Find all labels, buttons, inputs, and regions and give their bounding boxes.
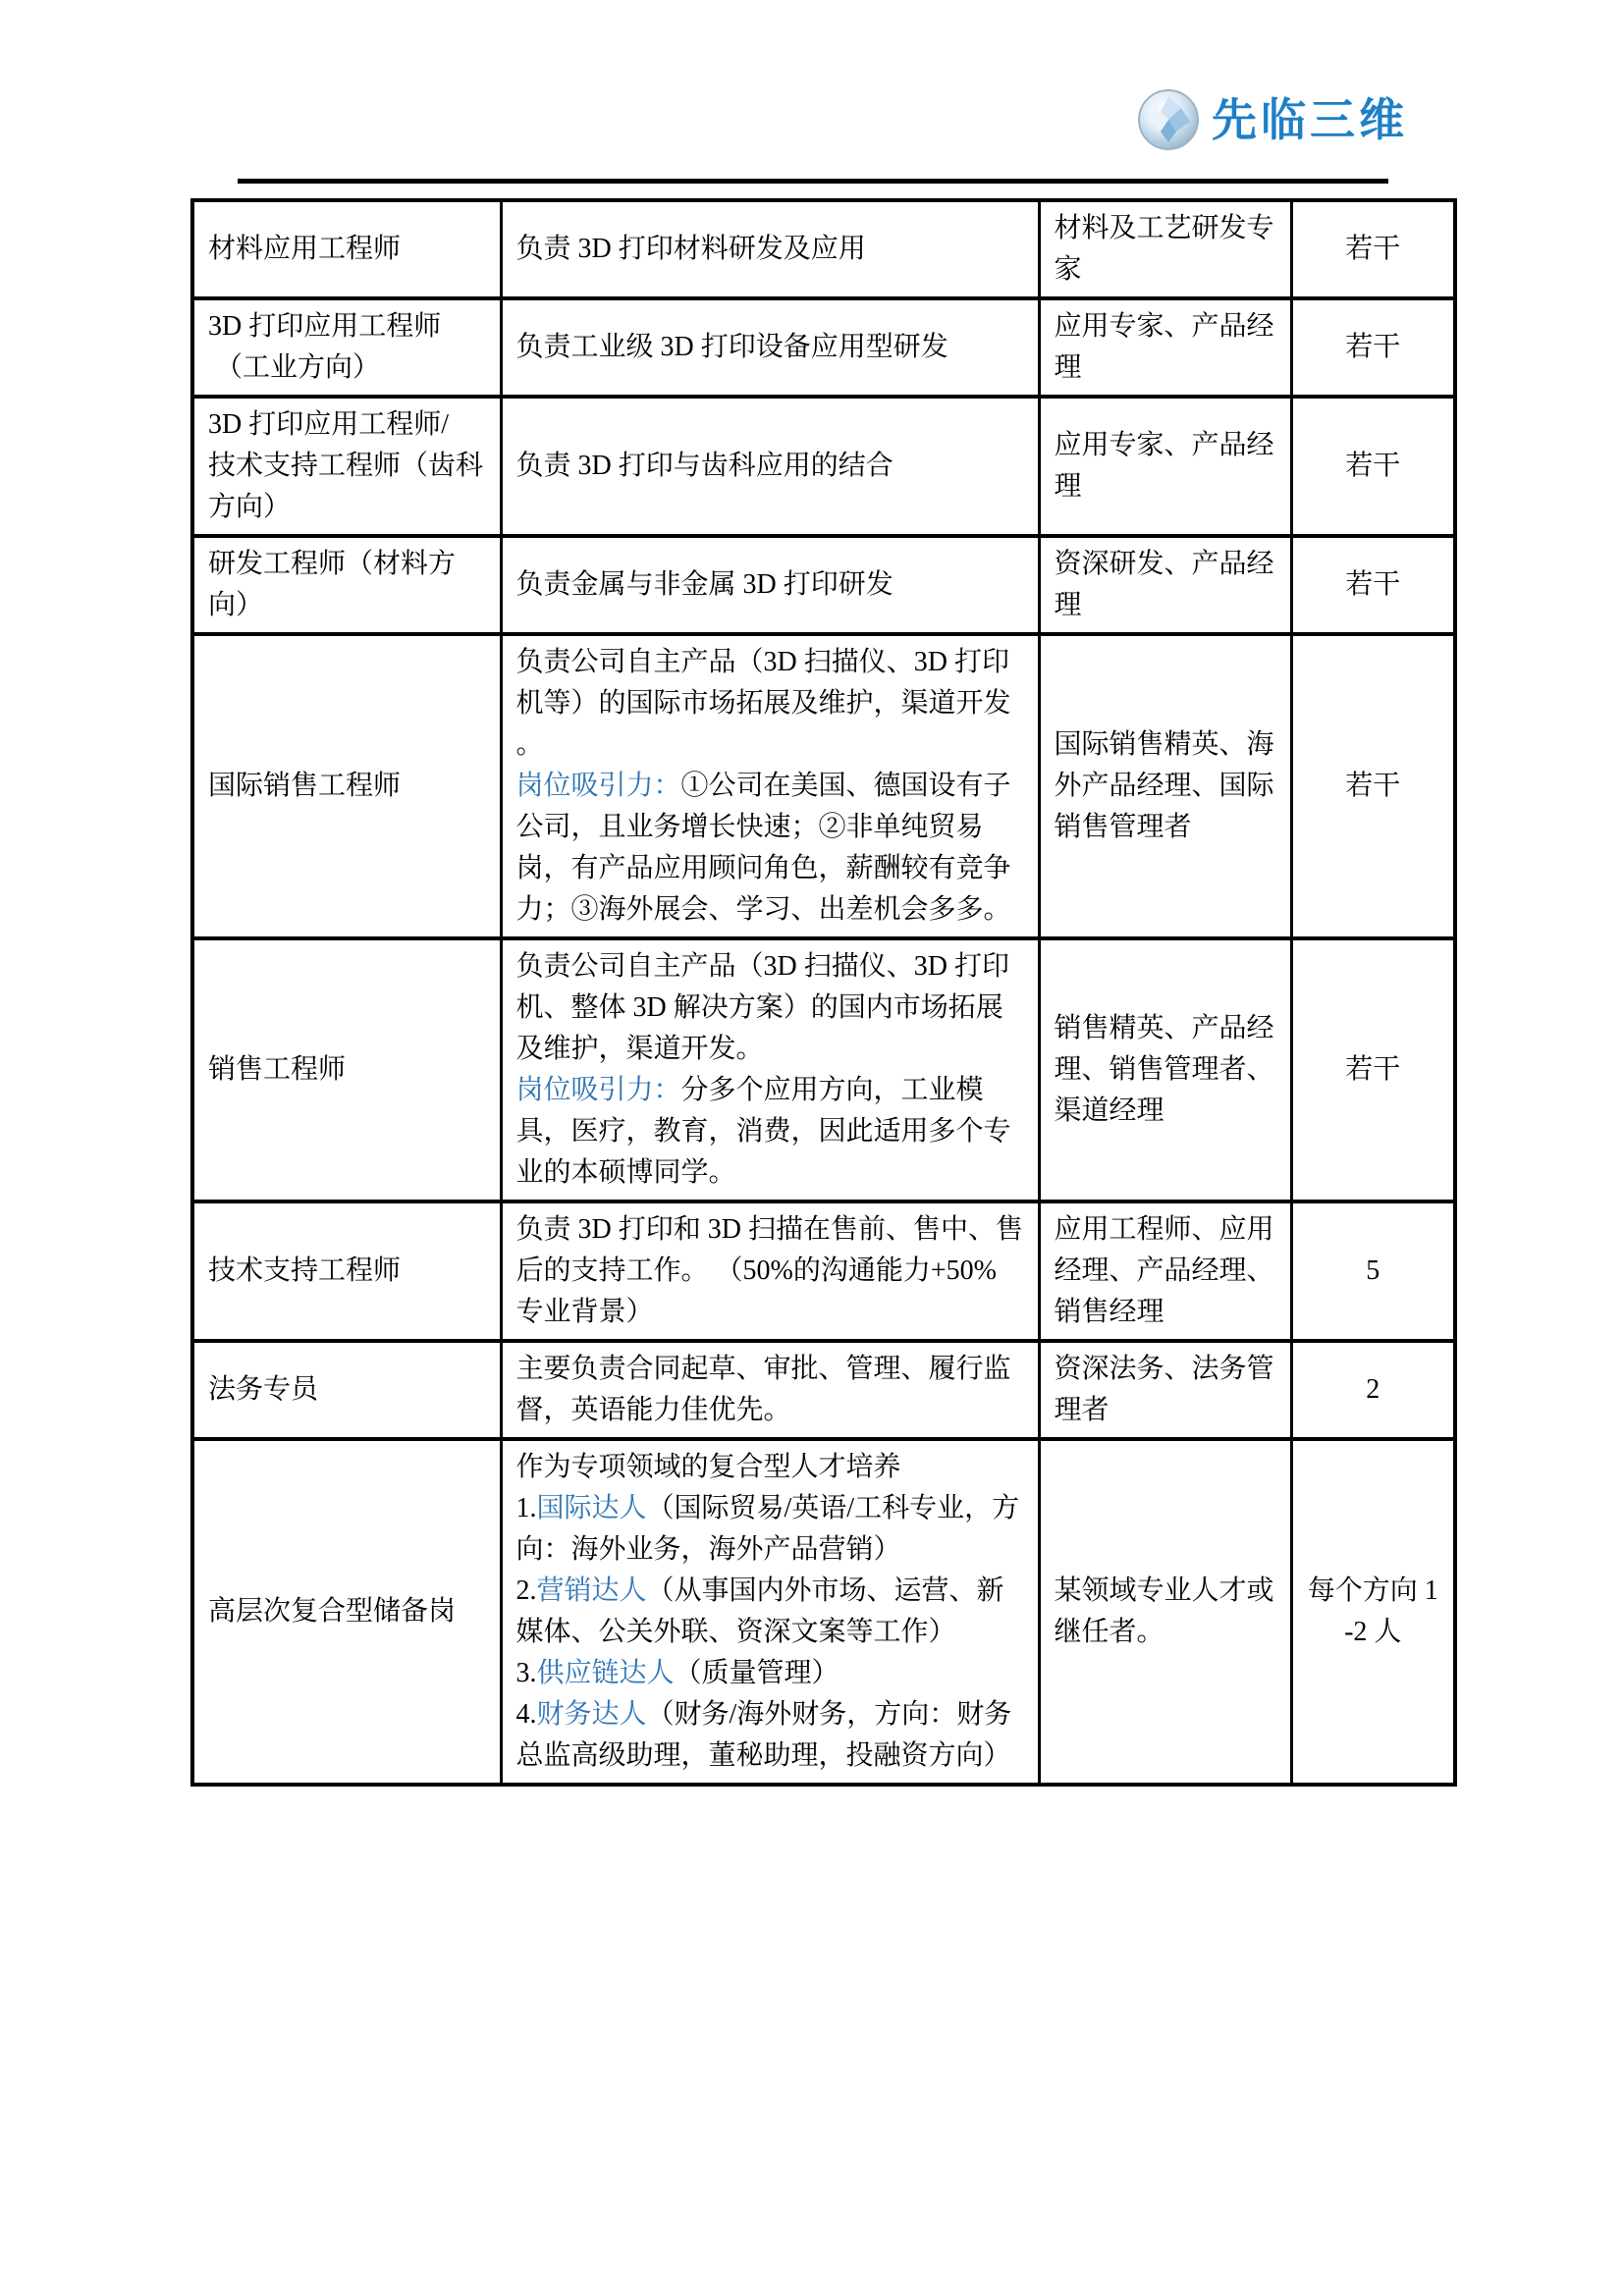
- description-paragraph: 岗位吸引力：分多个应用方向，工业模具，医疗，教育，消费，因此适用多个专业的本硕博…: [516, 1070, 1024, 1194]
- highlighted-text: 国际达人: [537, 1493, 647, 1523]
- description-text: 2.: [516, 1575, 537, 1606]
- description-paragraph: 负责 3D 打印材料研发及应用: [516, 229, 1024, 270]
- job-title-cell: 销售工程师: [192, 938, 501, 1201]
- description-paragraph: 负责 3D 打印和 3D 扫描在售前、售中、售后的支持工作。 （50%的沟通能力…: [516, 1209, 1024, 1333]
- jobs-table-body: 材料应用工程师 负责 3D 打印材料研发及应用 材料及工艺研发专家 若干 3D …: [192, 200, 1455, 1785]
- job-title-cell: 技术支持工程师: [192, 1201, 501, 1341]
- target-candidates-cell: 应用专家、产品经理: [1039, 298, 1291, 397]
- target-candidates-cell: 国际销售精英、海外产品经理、国际销售管理者: [1039, 634, 1291, 938]
- job-title-cell: 3D 打印应用工程师 （工业方向）: [192, 298, 501, 397]
- job-table-row: 技术支持工程师 负责 3D 打印和 3D 扫描在售前、售中、售后的支持工作。 （…: [192, 1201, 1455, 1341]
- job-title-cell: 法务专员: [192, 1341, 501, 1439]
- headcount-cell: 若干: [1291, 536, 1455, 634]
- description-text: （质量管理）: [675, 1658, 839, 1688]
- job-description-cell: 负责 3D 打印与齿科应用的结合: [501, 397, 1039, 536]
- job-title-cell: 国际销售工程师: [192, 634, 501, 938]
- headcount-cell: 若干: [1291, 634, 1455, 938]
- target-candidates-cell: 应用专家、产品经理: [1039, 397, 1291, 536]
- description-paragraph: 负责工业级 3D 打印设备应用型研发: [516, 327, 1024, 368]
- job-title-cell: 高层次复合型储备岗: [192, 1439, 501, 1785]
- description-paragraph: 2.营销达人（从事国内外市场、运营、新媒体、公关外联、资深文案等工作）: [516, 1571, 1024, 1653]
- job-table-row: 高层次复合型储备岗 作为专项领域的复合型人才培养1.国际达人（国际贸易/英语/工…: [192, 1439, 1455, 1785]
- job-description-cell: 负责 3D 打印材料研发及应用: [501, 200, 1039, 298]
- description-text: 负责 3D 打印材料研发及应用: [516, 234, 866, 264]
- description-paragraph: 1.国际达人（国际贸易/英语/工科专业，方向：海外业务，海外产品营销）: [516, 1488, 1024, 1571]
- target-candidates-cell: 资深研发、产品经理: [1039, 536, 1291, 634]
- headcount-cell: 5: [1291, 1201, 1455, 1341]
- description-text: 负责工业级 3D 打印设备应用型研发: [516, 332, 948, 362]
- target-candidates-cell: 销售精英、产品经理、销售管理者、渠道经理: [1039, 938, 1291, 1201]
- target-candidates-cell: 材料及工艺研发专家: [1039, 200, 1291, 298]
- job-table-row: 国际销售工程师 负责公司自主产品（3D 扫描仪、3D 打印机等）的国际市场拓展及…: [192, 634, 1455, 938]
- description-text: 负责金属与非金属 3D 打印研发: [516, 569, 893, 600]
- header-divider: [238, 179, 1388, 184]
- job-table-row: 研发工程师（材料方 向） 负责金属与非金属 3D 打印研发 资深研发、产品经理 …: [192, 536, 1455, 634]
- document-page: 先临三维 材料应用工程师 负责 3D 打印材料研发及应用 材料及工艺研发专家 若…: [0, 0, 1624, 2296]
- job-description-cell: 负责工业级 3D 打印设备应用型研发: [501, 298, 1039, 397]
- headcount-cell: 若干: [1291, 938, 1455, 1201]
- job-description-cell: 负责公司自主产品（3D 扫描仪、3D 打印机等）的国际市场拓展及维护，渠道开发 …: [501, 634, 1039, 938]
- description-paragraph: 负责 3D 打印与齿科应用的结合: [516, 446, 1024, 487]
- target-candidates-cell: 资深法务、法务管理者: [1039, 1341, 1291, 1439]
- job-table-row: 法务专员 主要负责合同起草、审批、管理、履行监督，英语能力佳优先。 资深法务、法…: [192, 1341, 1455, 1439]
- description-paragraph: 作为专项领域的复合型人才培养: [516, 1447, 1024, 1488]
- job-table-row: 3D 打印应用工程师/ 技术支持工程师（齿科 方向） 负责 3D 打印与齿科应用…: [192, 397, 1455, 536]
- headcount-cell: 每个方向 1-2 人: [1291, 1439, 1455, 1785]
- description-paragraph: 负责公司自主产品（3D 扫描仪、3D 打印机、整体 3D 解决方案）的国内市场拓…: [516, 946, 1024, 1070]
- description-text: 负责公司自主产品（3D 扫描仪、3D 打印机、整体 3D 解决方案）的国内市场拓…: [516, 951, 1009, 1064]
- description-text: 负责 3D 打印和 3D 扫描在售前、售中、售后的支持工作。 （50%的沟通能力…: [516, 1214, 1023, 1327]
- highlighted-text: 岗位吸引力：: [516, 1075, 681, 1105]
- headcount-cell: 2: [1291, 1341, 1455, 1439]
- description-text: 作为专项领域的复合型人才培养: [516, 1452, 901, 1482]
- headcount-cell: 若干: [1291, 200, 1455, 298]
- description-text: 负责 3D 打印与齿科应用的结合: [516, 451, 893, 481]
- logo-text: 先临三维: [1212, 88, 1408, 151]
- job-description-cell: 作为专项领域的复合型人才培养1.国际达人（国际贸易/英语/工科专业，方向：海外业…: [501, 1439, 1039, 1785]
- target-candidates-cell: 某领域专业人才或继任者。: [1039, 1439, 1291, 1785]
- headcount-cell: 若干: [1291, 298, 1455, 397]
- job-title-cell: 研发工程师（材料方 向）: [192, 536, 501, 634]
- description-paragraph: 主要负责合同起草、审批、管理、履行监督，英语能力佳优先。: [516, 1349, 1024, 1431]
- description-text: 3.: [516, 1658, 537, 1688]
- highlighted-text: 营销达人: [537, 1575, 647, 1606]
- globe-icon: [1137, 88, 1200, 151]
- description-text: 1.: [516, 1493, 537, 1523]
- job-description-cell: 主要负责合同起草、审批、管理、履行监督，英语能力佳优先。: [501, 1341, 1039, 1439]
- job-description-cell: 负责公司自主产品（3D 扫描仪、3D 打印机、整体 3D 解决方案）的国内市场拓…: [501, 938, 1039, 1201]
- job-table-row: 材料应用工程师 负责 3D 打印材料研发及应用 材料及工艺研发专家 若干: [192, 200, 1455, 298]
- description-text: 负责公司自主产品（3D 扫描仪、3D 打印机等）的国际市场拓展及维护，渠道开发 …: [516, 647, 1011, 760]
- job-table-row: 3D 打印应用工程师 （工业方向） 负责工业级 3D 打印设备应用型研发 应用专…: [192, 298, 1455, 397]
- description-paragraph: 4.财务达人（财务/海外财务，方向：财务总监高级助理，董秘助理，投融资方向）: [516, 1694, 1024, 1777]
- recruitment-table: 材料应用工程师 负责 3D 打印材料研发及应用 材料及工艺研发专家 若干 3D …: [190, 198, 1457, 1787]
- description-paragraph: 负责公司自主产品（3D 扫描仪、3D 打印机等）的国际市场拓展及维护，渠道开发 …: [516, 642, 1024, 766]
- job-title-cell: 3D 打印应用工程师/ 技术支持工程师（齿科 方向）: [192, 397, 501, 536]
- highlighted-text: 财务达人: [537, 1699, 647, 1730]
- highlighted-text: 供应链达人: [537, 1658, 675, 1688]
- description-paragraph: 负责金属与非金属 3D 打印研发: [516, 564, 1024, 606]
- description-text: 主要负责合同起草、审批、管理、履行监督，英语能力佳优先。: [516, 1354, 1011, 1425]
- job-description-cell: 负责 3D 打印和 3D 扫描在售前、售中、售后的支持工作。 （50%的沟通能力…: [501, 1201, 1039, 1341]
- highlighted-text: 岗位吸引力：: [516, 771, 681, 801]
- target-candidates-cell: 应用工程师、应用经理、产品经理、销售经理: [1039, 1201, 1291, 1341]
- headcount-cell: 若干: [1291, 397, 1455, 536]
- description-text: 4.: [516, 1699, 537, 1730]
- description-paragraph: 3.供应链达人（质量管理）: [516, 1653, 1024, 1694]
- description-paragraph: 岗位吸引力：①公司在美国、德国设有子公司，且业务增长快速；②非单纯贸易岗，有产品…: [516, 766, 1024, 931]
- company-logo: 先临三维: [1137, 88, 1408, 151]
- job-table-row: 销售工程师 负责公司自主产品（3D 扫描仪、3D 打印机、整体 3D 解决方案）…: [192, 938, 1455, 1201]
- job-description-cell: 负责金属与非金属 3D 打印研发: [501, 536, 1039, 634]
- job-title-cell: 材料应用工程师: [192, 200, 501, 298]
